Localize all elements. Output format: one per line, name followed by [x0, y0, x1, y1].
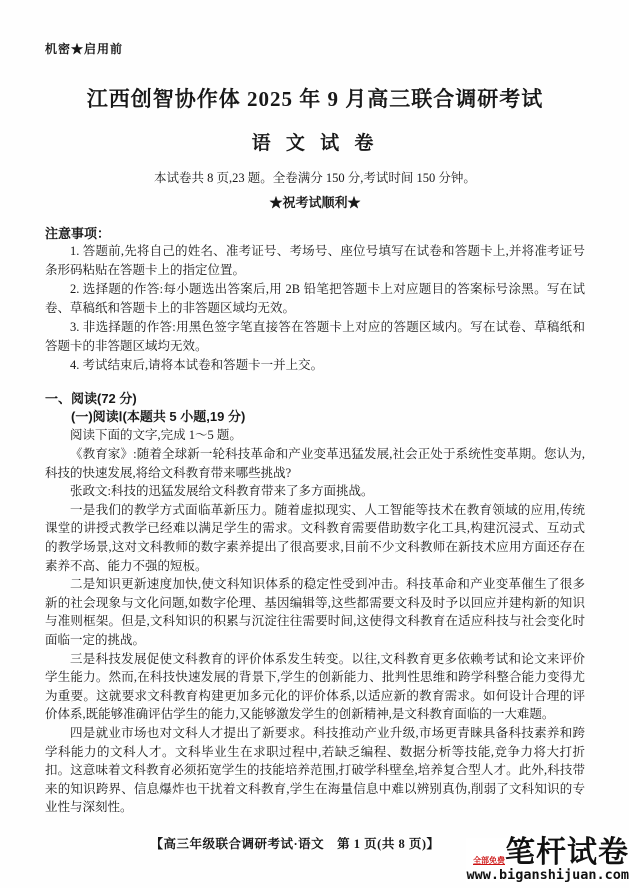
- subject-title: 语 文 试 卷: [45, 128, 585, 155]
- watermark: 全部免费 笔杆试卷 www.biganshijuan.com: [466, 838, 629, 883]
- notice-item: 4. 考试结束后,请将本试卷和答题卡一并上交。: [45, 356, 585, 375]
- reading-paragraph: 张政文:科技的迅猛发展给文科教育带来了多方面挑战。: [45, 482, 585, 501]
- reading-instruction: 阅读下面的文字,完成 1～5 题。: [45, 426, 585, 445]
- part-heading: (一)阅读Ⅰ(本题共 5 小题,19 分): [45, 407, 585, 426]
- blessing-line: ★祝考试顺利★: [45, 192, 585, 211]
- watermark-free-tag: 全部免费: [473, 857, 505, 865]
- classification-label: 机密★启用前: [45, 40, 585, 57]
- watermark-url: www.biganshijuan.com: [466, 869, 629, 883]
- reading-paragraph: 一是我们的教学方式面临革新压力。随着虚拟现实、人工智能等技术在教育领域的应用,传…: [45, 501, 585, 575]
- reading-section: 一、阅读(72 分) (一)阅读Ⅰ(本题共 5 小题,19 分) 阅读下面的文字…: [45, 388, 585, 817]
- exam-meta-line: 本试卷共 8 页,23 题。全卷满分 150 分,考试时间 150 分钟。: [45, 168, 585, 186]
- reading-paragraph: 四是就业市场也对文科人才提出了新要求。科技推动产业升级,市场更青睐具备科技素养和…: [45, 724, 585, 817]
- exam-paper-page: 机密★启用前 江西创智协作体 2025 年 9 月高三联合调研考试 语 文 试 …: [0, 0, 629, 888]
- watermark-brand: 笔杆试卷: [505, 838, 629, 868]
- reading-paragraph: 《教育家》:随着全球新一轮科技革命和产业变革迅猛发展,社会正处于系统性变革期。您…: [45, 445, 585, 482]
- notice-section: 注意事项： 1. 答题前,先将自己的姓名、准考证号、考场号、座位号填写在试卷和答…: [45, 223, 585, 375]
- reading-paragraph: 三是科技发展促使文科教育的评价体系发生转变。以往,文科教育更多依赖考试和论文来评…: [45, 650, 585, 724]
- reading-paragraph: 二是知识更新速度加快,使文科知识体系的稳定性受到冲击。科技革命和产业变革催生了很…: [45, 575, 585, 649]
- notice-item: 2. 选择题的作答:每小题选出答案后,用 2B 铅笔把答题卡上对应题目的答案标号…: [45, 280, 585, 318]
- notice-item: 3. 非选择题的作答:用黑色签字笔直接答在答题卡上对应的答题区域内。写在试卷、草…: [45, 318, 585, 356]
- exam-title: 江西创智协作体 2025 年 9 月高三联合调研考试: [45, 83, 585, 113]
- section-heading: 一、阅读(72 分): [45, 388, 585, 407]
- notice-heading: 注意事项：: [45, 223, 585, 242]
- notice-item: 1. 答题前,先将自己的姓名、准考证号、考场号、座位号填写在试卷和答题卡上,并将…: [45, 242, 585, 280]
